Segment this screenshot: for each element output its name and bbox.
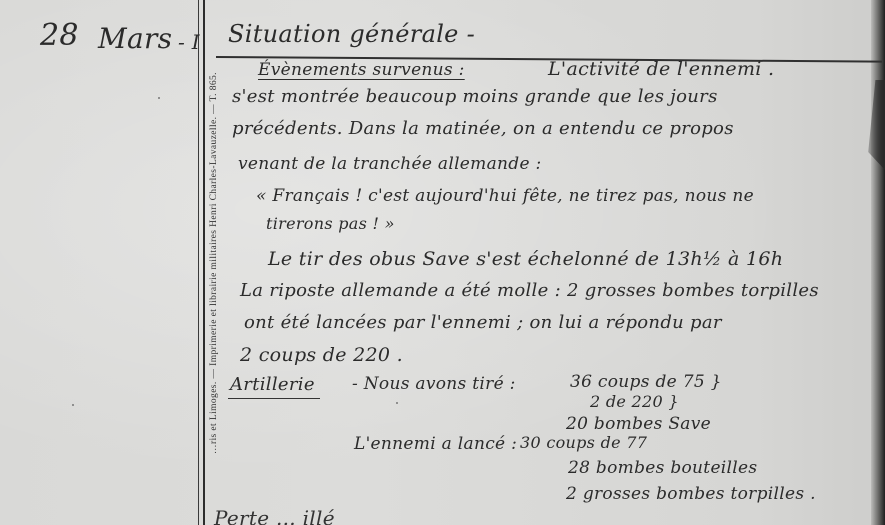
we-fired-item: 2 de 220 } [590, 392, 679, 411]
margin-date-day: 28 [40, 18, 79, 53]
events-label: Évènements survenus : [258, 60, 465, 80]
artillery-underline [228, 398, 320, 399]
page-tear [861, 80, 885, 170]
events-line-4: venant de la tranchée allemande : [238, 154, 542, 174]
enemy-fired-item: 28 bombes bouteilles [568, 458, 757, 478]
enemy-fired-label: L'ennemi a lancé : [354, 434, 517, 454]
enemy-fired-item: 2 grosses bombes torpilles . [566, 484, 816, 504]
we-fired-label: - Nous avons tiré : [352, 374, 516, 394]
paper-speck [72, 404, 74, 406]
events-line-8: 2 coups de 220 . [240, 344, 403, 366]
events-line-3: précédents. Dans la matinée, on a entend… [232, 118, 734, 139]
events-line-1: L'activité de l'ennemi . [548, 58, 774, 80]
document-page: …ris et Limoges. — Imprimerie et librair… [0, 0, 885, 525]
margin-date-suffix: - I [178, 30, 200, 54]
page-edge-shadow [871, 0, 885, 525]
events-line-7: ont été lancées par l'ennemi ; on lui a … [244, 312, 722, 333]
paper-speck [396, 402, 398, 404]
next-section-partial: Perte ... illé [214, 506, 335, 525]
events-line-6: La riposte allemande a été molle : 2 gro… [240, 280, 819, 301]
quote-line-1: « Français ! c'est aujourd'hui fête, ne … [256, 186, 754, 206]
we-fired-item: 20 bombes Save [566, 414, 711, 434]
printer-imprint-text: …ris et Limoges. — Imprimerie et librair… [209, 72, 219, 454]
printer-imprint: …ris et Limoges. — Imprimerie et librair… [207, 0, 221, 525]
section-heading: Situation générale - [228, 20, 475, 48]
we-fired-item: 36 coups de 75 } [570, 372, 722, 392]
margin-date-month: Mars [98, 22, 172, 55]
quote-line-2: tirerons pas ! » [266, 214, 395, 233]
events-line-5: Le tir des obus Save s'est échelonné de … [268, 248, 783, 270]
margin-rule-left [198, 0, 199, 525]
artillery-label: Artillerie [230, 374, 315, 395]
margin-rule-right [203, 0, 205, 525]
events-line-2: s'est montrée beaucoup moins grande que … [232, 86, 718, 107]
paper-speck [158, 97, 160, 99]
enemy-fired-item: 30 coups de 77 [520, 433, 647, 452]
